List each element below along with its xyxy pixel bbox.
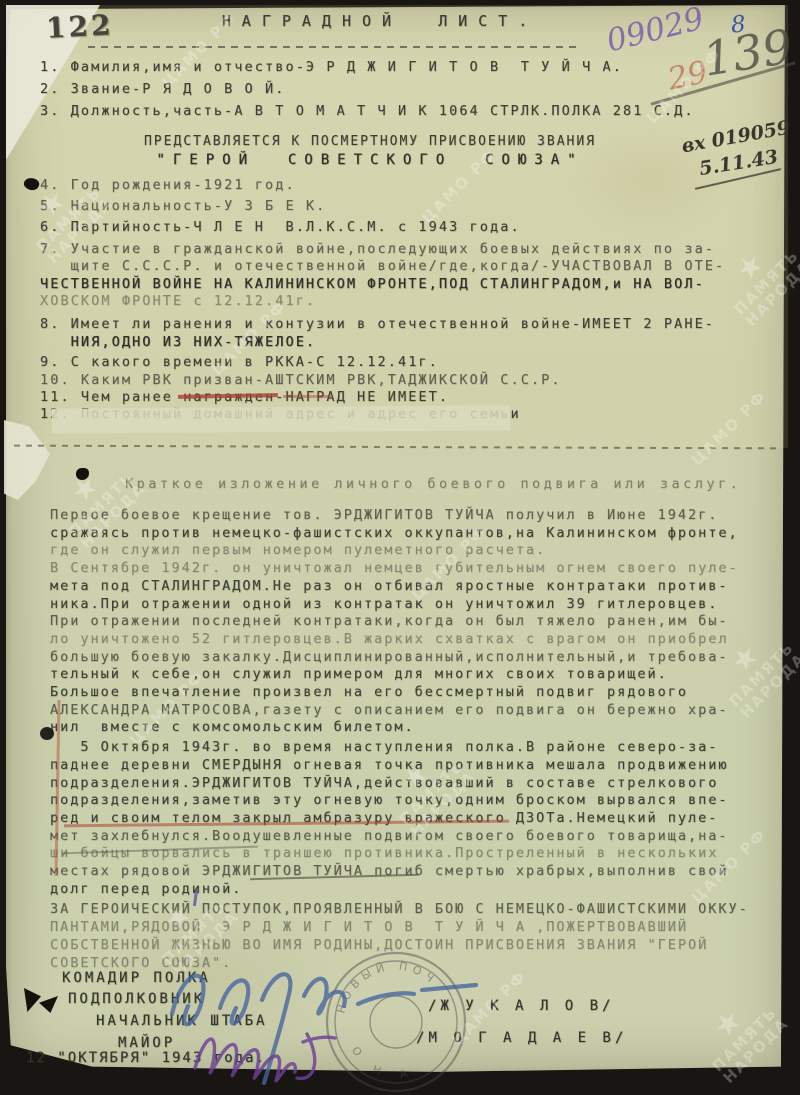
typed-line: НИЯ,ОДНО ИЗ НИХ-ТЯЖЕЛОЕ. — [40, 334, 725, 351]
typed-line: нил вместе с комсомольским билетом. — [50, 719, 749, 737]
typed-line: 3. Должность,часть-А В Т О М А Т Ч И К 1… — [40, 100, 695, 122]
typed-line: ЧЕСТВЕННОЙ ВОЙНЕ НА КАЛИНИНСКОМ ФРОНТЕ,П… — [40, 276, 725, 293]
typed-line: При отражении последней контратаки,когда… — [50, 613, 749, 631]
typed-line: подразделения.ЭРДЖИГИТОВ ТУЙЧА,действова… — [50, 775, 749, 793]
chief-of-staff-signature — [185, 1020, 360, 1092]
typed-line: 4. Год рождения-1921 год. — [40, 177, 725, 194]
typed-line: ПАНТАМИ,РЯДОВОЙ Э Р Д Ж И Г И Т О В Т У … — [50, 919, 749, 937]
typed-line: ХОВСКОМ ФРОНТЕ с 12.12.41г. — [40, 293, 725, 310]
typed-line: ши бойцы ворвались в траншею противника.… — [50, 845, 749, 863]
page-number: 122 — [45, 8, 114, 44]
typed-line: большую боевую закалку.Дисциплинированны… — [50, 649, 749, 667]
typed-line: 11. Чем ранее награжден-НАГРАД НЕ ИМЕЕТ. — [40, 389, 725, 406]
typed-line: 2. Звание-Р Я Д О В О Й. — [40, 78, 695, 100]
typed-line: мета под СТАЛИНГРАДОМ.Не раз он отбивал … — [50, 578, 749, 596]
typed-line: тельный к себе,он служил примером для мн… — [50, 666, 749, 684]
typed-line: 12. Постоянный домашний адрес и адрес ег… — [40, 406, 725, 423]
typed-line: подразделения,заметив эту огневую точку,… — [50, 792, 749, 810]
typed-line: 6. Партийность-Ч Л Е Н В.Л.К.С.М. с 1943… — [40, 219, 725, 236]
presentation-heading: ПРЕДСТАВЛЯЕТСЯ К ПОСМЕРТНОМУ ПРИСВОЕНИЮ … — [0, 134, 740, 168]
typed-line: 5. Национальность-У З Б Е К. — [40, 198, 725, 215]
punch-hole — [40, 727, 54, 740]
narrative: Первое боевое крещение тов. ЭРДЖИГИТОВ Т… — [50, 507, 749, 972]
typed-line: 10. Каким РВК призван-АШТСКИМ РВК,ТАДЖИК… — [40, 372, 725, 389]
typed-line: мет захлебнулся.Воодушевленные подвигом … — [50, 828, 749, 846]
typed-line: долг перед родиной. — [50, 881, 749, 899]
typed-line: ло уничтожено 52 гитлеровцев.В жарких сх… — [50, 631, 749, 649]
typed-line: Большое впечатление произвел на его бесс… — [50, 684, 749, 702]
scanned-award-document: { "page": { "corner_number": "122", "tit… — [0, 0, 800, 1095]
summary-heading: Краткое изложение личного боевого подвиг… — [125, 476, 741, 492]
typed-line: где он служил первым номером пулеметного… — [50, 542, 749, 560]
typed-line: щите С.С.С.Р. и отечественной войне/где,… — [40, 258, 725, 275]
presentation-line-1: ПРЕДСТАВЛЯЕТСЯ К ПОСМЕРТНОМУ ПРИСВОЕНИЮ … — [0, 134, 740, 149]
form-section-1: 1. Фамилия,имя и отчество-Э Р Д Ж И Г И … — [40, 56, 695, 122]
typed-line: ЗА ГЕРОИЧЕСКИЙ ПОСТУПОК,ПРОЯВЛЕННЫЙ В БО… — [50, 901, 749, 919]
typed-line: ника.При отражении одной из контратак он… — [50, 596, 749, 614]
typed-line: сражаясь против немецко-фашистских оккуп… — [50, 525, 749, 543]
typed-line: АЛЕКСАНДРА МАТРОСОВА,газету с описанием … — [50, 702, 749, 720]
typed-line: паднее деревни СМЕРДЫНЯ огневая точка пр… — [50, 757, 749, 775]
typed-line: местах рядовой ЭРДЖИГИТОВ ТУЙЧА погиб см… — [50, 863, 749, 881]
typed-line: 5 Октября 1943г. во время наступления по… — [50, 739, 749, 757]
typed-line: Первое боевое крещение тов. ЭРДЖИГИТОВ Т… — [50, 507, 749, 525]
presentation-line-2: "ГЕРОЙ СОВЕТСКОГО СОЮЗА" — [0, 152, 740, 168]
typed-line: 1. Фамилия,имя и отчество-Э Р Д Ж И Г И … — [40, 56, 695, 78]
typed-line: 8. Имеет ли ранения и контузии в отечест… — [40, 316, 725, 333]
typed-line: 9. С какого времени в РККА-С 12.12.41г. — [40, 354, 725, 371]
form-section-2: 4. Год рождения-1921 год.5. Национальнос… — [40, 177, 725, 424]
typed-line: ред и своим телом закрыл амбразуру враже… — [50, 810, 749, 828]
typed-line: В Сентябре 1942г. он уничтожал немцев гу… — [50, 560, 749, 578]
typed-line: 7. Участие в гражданской войне,последующ… — [40, 241, 725, 258]
title-dashed-line — [88, 46, 576, 48]
